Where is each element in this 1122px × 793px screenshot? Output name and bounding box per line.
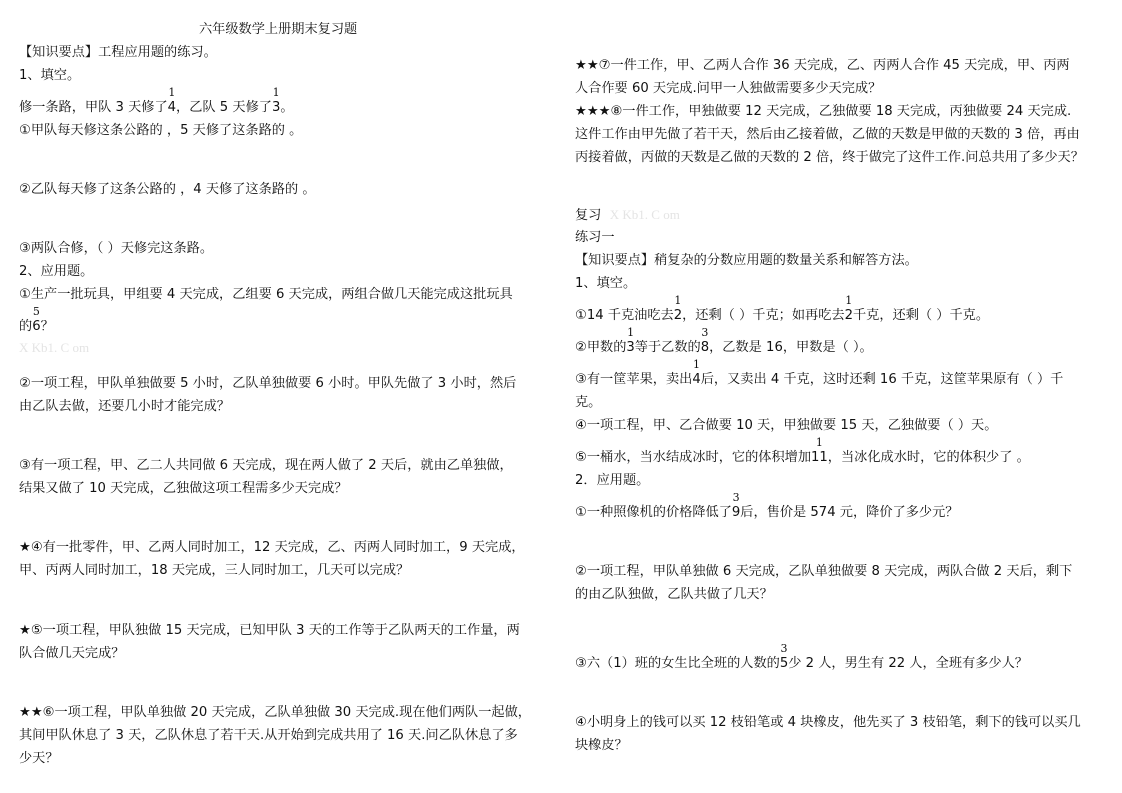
fraction: 56 [32, 318, 40, 336]
question: 人合作要 60 天完成.问甲一人独做需要多少天完成？ [575, 80, 881, 98]
question: ★④有一批零件，甲、乙两人同时加工，12 天完成，乙、丙两人同时加工，9 天完成… [19, 539, 525, 557]
question: ④小明身上的钱可以买 12 枝铅笔或 4 块橡皮，他先买了 3 枝铅笔，剩下的钱… [575, 714, 1081, 732]
fraction: 39 [732, 504, 740, 522]
question: 的56？ [19, 318, 54, 336]
question: 甲、丙两人同时加工，18 天完成，三人同时加工，几天可以完成？ [19, 562, 409, 580]
question: 队合做几天完成？ [19, 645, 125, 663]
section-heading: 1、填空。 [575, 275, 636, 293]
question: 克。 [575, 394, 601, 412]
fraction: 13 [626, 339, 634, 357]
question: ②甲数的13等于乙数的38，乙数是 16，甲数是（ ）。 [575, 339, 873, 357]
question: ①甲队每天修这条公路的 ，5 天修了这条路的 。 [19, 122, 302, 140]
watermark: X Kb1. C om [19, 339, 89, 357]
question: ②乙队每天修了这条公路的 ，4 天修了这条路的 。 [19, 181, 316, 199]
question: ①生产一批玩具，甲组要 4 天完成，乙组要 6 天完成，两组合做几天能完成这批玩… [19, 286, 513, 304]
fraction: 13 [272, 99, 280, 117]
section-heading: 2．应用题。 [575, 472, 649, 490]
text: 修一条路，甲队 3 天修了 [19, 100, 168, 115]
question: 其间甲队休息了 3 天，乙队休息了若干天.从开始到完成共用了 16 天.问乙队休… [19, 727, 518, 745]
question: ④一项工程，甲、乙合做要 10 天，甲独做要 15 天，乙独做要（ ）天。 [575, 417, 997, 435]
problem-intro: 修一条路，甲队 3 天修了14，乙队 5 天修了13。 [19, 99, 294, 117]
question: ★⑤一项工程，甲队独做 15 天完成，已知甲队 3 天的工作等于乙队两天的工作量… [19, 622, 520, 640]
fraction: 35 [780, 655, 788, 673]
fraction: 12 [674, 307, 682, 325]
question: 这件工作由甲先做了若干天，然后由乙接着做，乙做的天数是甲做的天数的 3 倍，再由 [575, 126, 1080, 144]
question: ③有一项工程，甲、乙二人共同做 6 天完成，现在两人做了 2 天后，就由乙单独做… [19, 457, 513, 475]
fraction: 38 [701, 339, 709, 357]
question: 块橡皮？ [575, 737, 628, 755]
question: ★★⑥一项工程，甲队单独做 20 天完成，乙队单独做 30 天完成.现在他们两队… [19, 704, 531, 722]
text: ，乙队 5 天修了 [176, 100, 272, 115]
fraction: 12 [845, 307, 853, 325]
question: 少天？ [19, 750, 59, 768]
question: 丙接着做，丙做的天数是乙做的天数的 2 倍，终于做完了这件工作.问总共用了多少天… [575, 149, 1084, 167]
section-heading: 1、填空。 [19, 67, 80, 85]
fraction: 111 [811, 449, 828, 467]
question: ⑤一桶水，当水结成冰时，它的体积增加111，当冰化成水时，它的体积少了 。 [575, 449, 1030, 467]
fraction: 14 [168, 99, 176, 117]
question: ②一项工程，甲队单独做要 5 小时，乙队单独做要 6 小时。甲队先做了 3 小时… [19, 375, 516, 393]
question: ①一种照像机的价格降低了39后，售价是 574 元，降价了多少元？ [575, 504, 958, 522]
question: ①14 千克油吃去12，还剩（ ）千克；如再吃去12千克，还剩（ ）千克。 [575, 307, 989, 325]
knowledge-point: 【知识要点】稍复杂的分数应用题的数量关系和解答方法。 [575, 252, 918, 270]
question: 结果又做了 10 天完成，乙独做这项工程需多少天完成？ [19, 480, 347, 498]
page-title: 六年级数学上册期末复习题 [199, 21, 357, 39]
question: ③两队合修，（ ）天修完这条路。 [19, 240, 213, 258]
question: ★★⑦一件工作，甲、乙两人合作 36 天完成，乙、丙两人合作 45 天完成，甲、… [575, 57, 1070, 75]
fraction: 14 [692, 371, 700, 389]
question: ★★★⑧一件工作，甲独做要 12 天完成，乙独做要 18 天完成，丙独做要 24… [575, 103, 1071, 121]
question: ③有一筐苹果，卖出14后，又卖出 4 千克，这时还剩 16 千克，这筐苹果原有（… [575, 371, 1063, 389]
knowledge-point: 【知识要点】工程应用题的练习。 [19, 44, 217, 62]
question: 由乙队去做，还要几小时才能完成？ [19, 398, 230, 416]
watermark: X Kb1. C om [610, 207, 680, 222]
question: 的由乙队独做，乙队共做了几天？ [575, 586, 773, 604]
exercise-heading: 练习一 [575, 229, 615, 247]
section-heading: 2、应用题。 [19, 263, 93, 281]
question: ③六（1）班的女生比全班的人数的35少 2 人，男生有 22 人，全班有多少人？ [575, 655, 1028, 673]
review-heading: 复习 X Kb1. C om [575, 206, 680, 225]
question: ②一项工程，甲队单独做 6 天完成，乙队单独做要 8 天完成，两队合做 2 天后… [575, 563, 1072, 581]
